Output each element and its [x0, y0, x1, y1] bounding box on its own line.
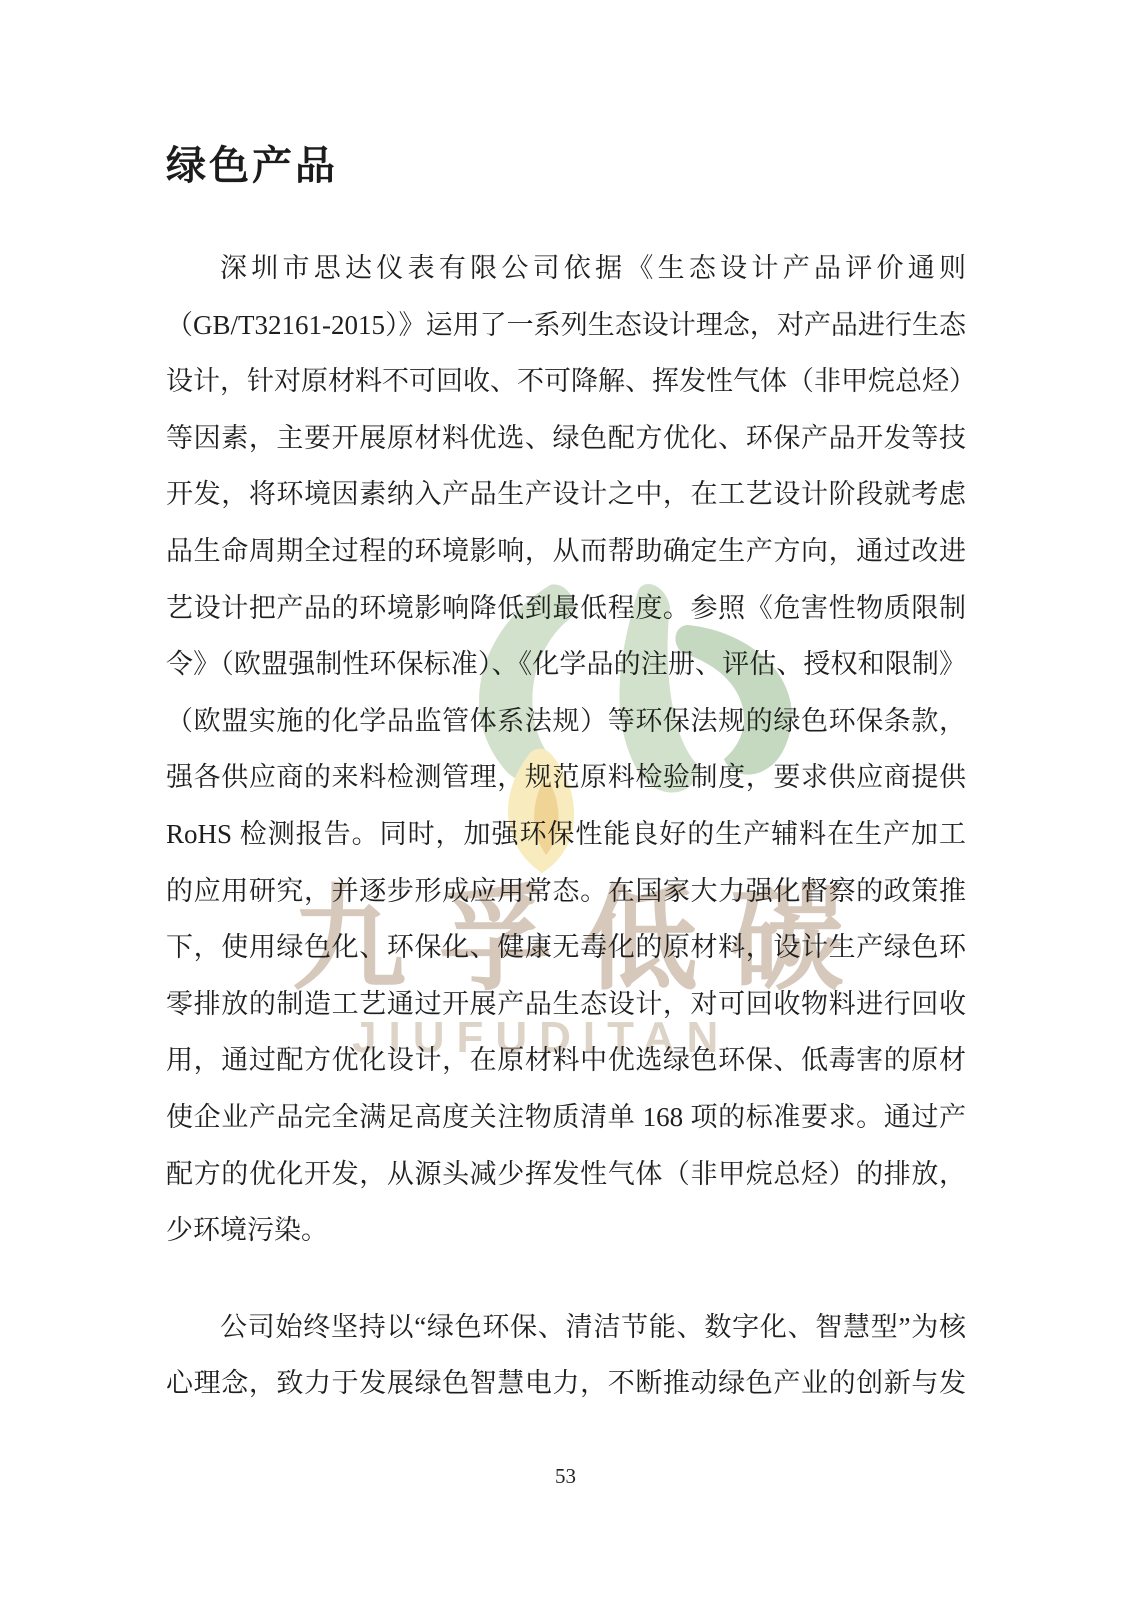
text-line: 零排放的制造工艺通过开展产品生态设计，对可回收物料进行回收利 — [166, 976, 966, 1033]
document-page: 九孚低碳 JIUFUDITAN 绿色产品 深圳市思达仪表有限公司依据《生态设计产… — [0, 0, 1131, 1600]
text-line: 艺设计把产品的环境影响降低到最低程度。参照《危害性物质限制指 — [166, 580, 966, 637]
text-line: 令》（欧盟强制性环保标准）、《化学品的注册、评估、授权和限制》 — [166, 636, 966, 693]
body-text: 深圳市思达仪表有限公司依据《生态设计产品评价通则（GB/T32161-2015）… — [166, 240, 966, 1412]
text-line: 公司始终坚持以“绿色环保、清洁节能、数字化、智慧型”为核 — [166, 1299, 966, 1356]
text-line: 设计，针对原材料不可回收、不可降解、挥发性气体（非甲烷总烃） — [166, 353, 966, 410]
text-line: RoHS 检测报告。同时，加强环保性能良好的生产辅料在生产加工中 — [166, 806, 966, 863]
text-line: 配方的优化开发，从源头减少挥发性气体（非甲烷总烃）的排放，减 — [166, 1146, 966, 1203]
text-line: 开发，将环境因素纳入产品生产设计之中，在工艺设计阶段就考虑产 — [166, 466, 966, 523]
paragraph: 公司始终坚持以“绿色环保、清洁节能、数字化、智慧型”为核心理念，致力于发展绿色智… — [166, 1299, 966, 1412]
text-line: 的应用研究，并逐步形成应用常态。在国家大力强化督察的政策推动 — [166, 863, 966, 920]
text-line: 少环境污染。 — [166, 1202, 966, 1259]
text-line: 下，使用绿色化、环保化、健康无毒化的原材料，设计生产绿色环保 — [166, 919, 966, 976]
page-number: 53 — [0, 1464, 1131, 1489]
text-line: 用，通过配方优化设计，在原材料中优选绿色环保、低毒害的原材料， — [166, 1032, 966, 1089]
paragraph: 深圳市思达仪表有限公司依据《生态设计产品评价通则（GB/T32161-2015）… — [166, 240, 966, 1259]
text-line: 深圳市思达仪表有限公司依据《生态设计产品评价通则 — [166, 240, 966, 297]
page-title: 绿色产品 — [166, 142, 338, 190]
text-line: （GB/T32161-2015）》运用了一系列生态设计理念，对产品进行生态 — [166, 297, 966, 354]
text-line: 品生命周期全过程的环境影响，从而帮助确定生产方向，通过改进工 — [166, 523, 966, 580]
text-line: 强各供应商的来料检测管理，规范原料检验制度，要求供应商提供 — [166, 749, 966, 806]
text-line: （欧盟实施的化学品监管体系法规）等环保法规的绿色环保条款，加 — [166, 693, 966, 750]
text-line: 使企业产品完全满足高度关注物质清单 168 项的标准要求。通过产品 — [166, 1089, 966, 1146]
text-line: 等因素，主要开展原材料优选、绿色配方优化、环保产品开发等技术 — [166, 410, 966, 467]
text-line: 心理念，致力于发展绿色智慧电力，不断推动绿色产业的创新与发展。 — [166, 1355, 966, 1412]
